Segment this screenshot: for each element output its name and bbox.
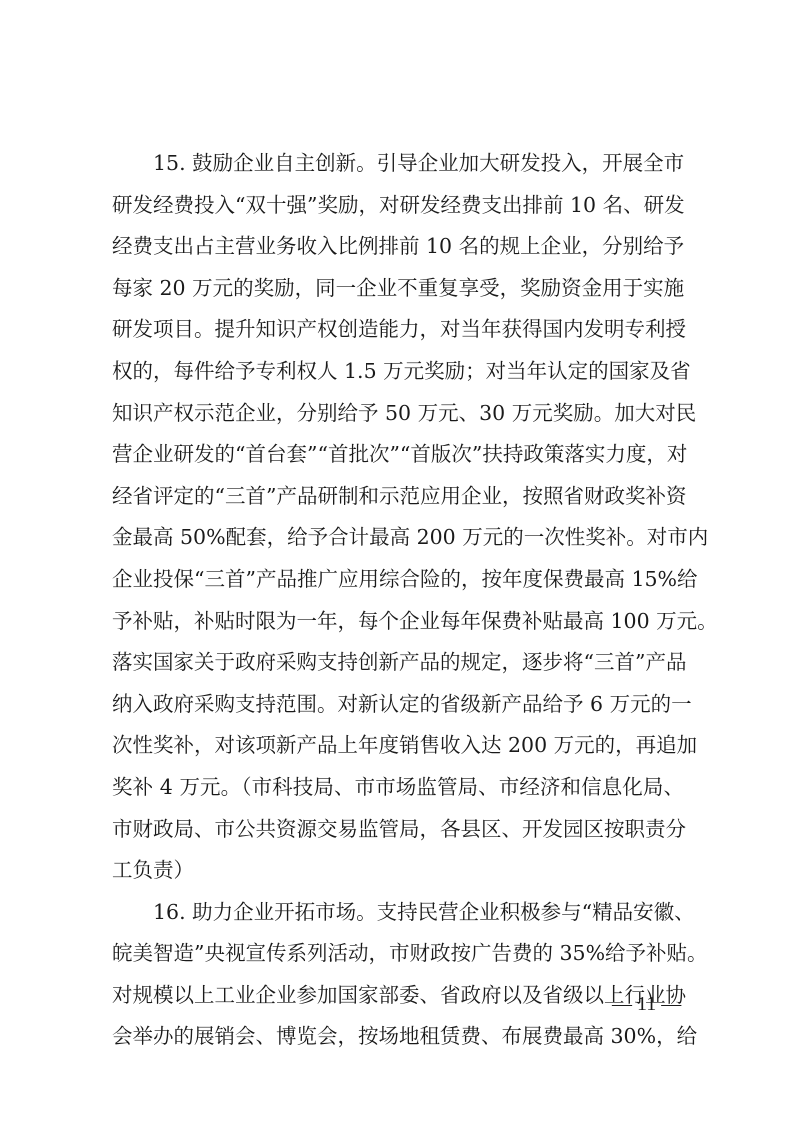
paragraph-line: 会举办的展销会、博览会，按场地租赁费、布展费最高 30%，给	[112, 1016, 684, 1058]
paragraph-line: 纳入政府采购支持范围。对新认定的省级新产品给予 6 万元的一	[112, 684, 684, 726]
paragraph-line: 次性奖补，对该项新产品上年度销售收入达 200 万元的，再追加	[112, 725, 684, 767]
paragraph-line: 皖美智造”央视宣传系列活动，市财政按广告费的 35%给予补贴。	[112, 933, 684, 975]
paragraph-line: 权的，每件给予专利权人 1.5 万元奖励；对当年认定的国家及省	[112, 351, 684, 393]
paragraph-line: 企业投保“三首”产品推广应用综合险的，按年度保费最高 15%给	[112, 559, 684, 601]
document-page: 15. 鼓励企业自主创新。引导企业加大研发投入，开展全市 研发经费投入“双十强”…	[0, 0, 793, 1122]
paragraph-line: 知识产权示范企业，分别给予 50 万元、30 万元奖励。加大对民	[112, 393, 684, 435]
paragraph-line: 15. 鼓励企业自主创新。引导企业加大研发投入，开展全市	[112, 143, 684, 185]
paragraph-line: 经费支出占主营业务收入比例排前 10 名的规上企业，分别给予	[112, 226, 684, 268]
paragraph-line: 研发经费投入“双十强”奖励，对研发经费支出排前 10 名、研发	[112, 185, 684, 227]
paragraph-line: 每家 20 万元的奖励，同一企业不重复享受，奖励资金用于实施	[112, 268, 684, 310]
paragraph-line: 研发项目。提升知识产权创造能力，对当年获得国内发明专利授	[112, 309, 684, 351]
paragraph-line: 16. 助力企业开拓市场。支持民营企业积极参与“精品安徽、	[112, 892, 684, 934]
paragraph-line: 奖补 4 万元。（市科技局、市市场监管局、市经济和信息化局、	[112, 767, 684, 809]
paragraph-15: 15. 鼓励企业自主创新。引导企业加大研发投入，开展全市 研发经费投入“双十强”…	[112, 143, 684, 892]
paragraph-16: 16. 助力企业开拓市场。支持民营企业积极参与“精品安徽、 皖美智造”央视宣传系…	[112, 892, 684, 1058]
paragraph-line: 对规模以上工业企业参加国家部委、省政府以及省级以上行业协	[112, 975, 684, 1017]
paragraph-line: 市财政局、市公共资源交易监管局，各县区、开发园区按职责分	[112, 809, 684, 851]
paragraph-line: 金最高 50%配套，给予合计最高 200 万元的一次性奖补。对市内	[112, 517, 684, 559]
paragraph-line: 予补贴，补贴时限为一年，每个企业每年保费补贴最高 100 万元。	[112, 601, 684, 643]
document-body: 15. 鼓励企业自主创新。引导企业加大研发投入，开展全市 研发经费投入“双十强”…	[112, 143, 684, 1058]
paragraph-line: 经省评定的“三首”产品研制和示范应用企业，按照省财政奖补资	[112, 476, 684, 518]
paragraph-line: 工负责）	[112, 850, 684, 892]
paragraph-line: 落实国家关于政府采购支持创新产品的规定，逐步将“三首”产品	[112, 642, 684, 684]
paragraph-line: 营企业研发的“首台套”“首批次”“首版次”扶持政策落实力度，对	[112, 434, 684, 476]
page-number: — 11 —	[612, 993, 681, 1016]
